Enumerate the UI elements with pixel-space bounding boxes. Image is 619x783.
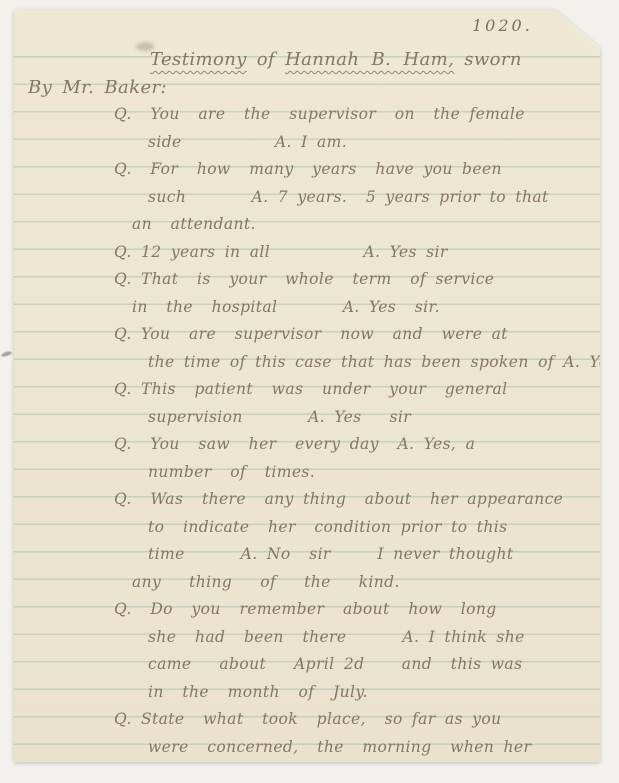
handwritten-line: Q. You are supervisor now and were at [14,321,600,349]
handwritten-line: such A. 7 years. 5 years prior to that [14,184,600,212]
handwritten-line: time A. No sir I never thought [14,541,600,569]
title-word-of: of [257,49,275,70]
handwritten-line: Q. That is your whole term of service [14,266,600,294]
handwritten-line: supervision A. Yes sir [14,404,600,432]
handwritten-line: the time of this case that has been spok… [14,349,600,377]
handwritten-line: any thing of the kind. [14,569,600,597]
scanned-page: 1020. TestimonyofHannah B. Ham,sworn By … [14,10,600,762]
handwritten-line: she had been there A. I think she [14,624,600,652]
title-word-sworn: sworn [464,49,522,70]
pencil-mark [1,350,13,357]
title-witness-name: Hannah B. Ham, [285,49,454,70]
handwritten-line: side A. I am. [14,129,600,157]
folded-corner [554,10,600,50]
handwritten-line: an attendant. [14,211,600,239]
page-number: 1020. [472,16,533,35]
handwritten-line: Q. You saw her every day A. Yes, a [14,431,600,459]
handwritten-line: Q. State what took place, so far as you [14,706,600,734]
title-word-testimony: Testimony [150,49,247,70]
testimony-title: TestimonyofHannah B. Ham,sworn [14,46,600,74]
handwritten-line: Q. For how many years have you been [14,156,600,184]
paper-sheet: 1020. TestimonyofHannah B. Ham,sworn By … [14,10,600,762]
handwritten-line: to indicate her condition prior to this [14,514,600,542]
handwritten-line: were concerned, the morning when her [14,734,600,762]
handwritten-line: Q. Was there any thing about her appeara… [14,486,600,514]
handwritten-line: Q. You are the supervisor on the female [14,101,600,129]
handwritten-line: in the month of July. [14,679,600,707]
handwritten-line: Q. Do you remember about how long [14,596,600,624]
handwritten-line: came about April 2d and this was [14,651,600,679]
handwritten-text: TestimonyofHannah B. Ham,sworn By Mr. Ba… [14,46,600,761]
handwritten-line: in the hospital A. Yes sir. [14,294,600,322]
handwritten-line: Q. This patient was under your general [14,376,600,404]
handwritten-line: number of times. [14,459,600,487]
byline: By Mr. Baker: [14,74,600,102]
handwritten-line: Q. 12 years in all A. Yes sir [14,239,600,267]
